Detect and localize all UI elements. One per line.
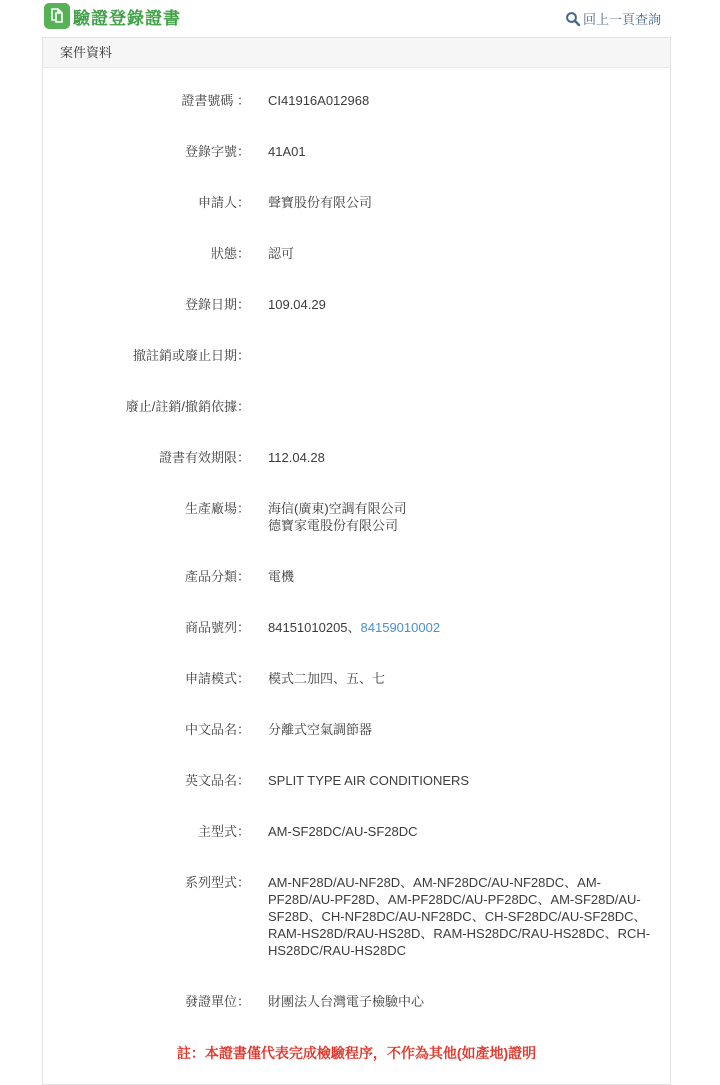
top-bar: 驗證登錄證書 回上一頁查詢	[0, 0, 720, 37]
field-value: AM-NF28D/AU-NF28D、AM-NF28DC/AU-NF28DC、AM…	[268, 874, 656, 959]
field-row-series-models: 系列型式： AM-NF28D/AU-NF28D、AM-NF28DC/AU-NF2…	[43, 874, 670, 959]
field-row-registration-date: 登錄日期： 109.04.29	[43, 296, 670, 313]
field-label: 發證單位：	[43, 993, 250, 1010]
field-value: 41A01	[268, 143, 656, 160]
panel-body: 證書號碼 ： CI41916A012968 登錄字號： 41A01 申請人： 聲…	[43, 68, 670, 1062]
field-label: 證書有效期限：	[43, 449, 250, 466]
field-row-production-factory: 生產廠場： 海信(廣東)空調有限公司 德寶家電股份有限公司	[43, 500, 670, 534]
page-title-text: 驗證登錄證書	[73, 4, 181, 29]
field-row-revocation-basis: 廢止/註銷/撤銷依據：	[43, 398, 670, 415]
field-row-revocation-date: 撤註銷或廢止日期：	[43, 347, 670, 364]
field-value: 海信(廣東)空調有限公司 德寶家電股份有限公司	[268, 500, 656, 534]
field-label: 撤註銷或廢止日期：	[43, 347, 250, 364]
field-label: 中文品名：	[43, 721, 250, 738]
field-row-status: 狀態： 認可	[43, 245, 670, 262]
field-value: 聲寶股份有限公司	[268, 194, 656, 211]
field-label: 主型式：	[43, 823, 250, 840]
field-row-english-product-name: 英文品名： SPLIT TYPE AIR CONDITIONERS	[43, 772, 670, 789]
commodity-code-link[interactable]: 84159010002	[361, 620, 441, 635]
field-value: 112.04.28	[268, 449, 656, 466]
page: 驗證登錄證書 回上一頁查詢 案件資料 證書號碼 ： CI41916A012968…	[0, 0, 720, 1085]
field-value: CI41916A012968	[268, 92, 656, 109]
back-link-label: 回上一頁查詢	[583, 9, 661, 28]
documents-icon	[44, 3, 70, 29]
panel-header: 案件資料	[43, 38, 670, 68]
field-label: 產品分類：	[43, 568, 250, 585]
field-label: 申請模式：	[43, 670, 250, 687]
field-value: 認可	[268, 245, 656, 262]
field-value: 電機	[268, 568, 656, 585]
commodity-code-plain: 84151010205、	[268, 620, 361, 635]
field-row-product-category: 產品分類： 電機	[43, 568, 670, 585]
field-label: 系列型式：	[43, 874, 250, 959]
field-label: 申請人：	[43, 194, 250, 211]
field-label: 證書號碼 ：	[43, 92, 250, 109]
field-label: 生產廠場：	[43, 500, 250, 534]
field-row-application-mode: 申請模式： 模式二加四、五、七	[43, 670, 670, 687]
field-value	[268, 347, 656, 364]
field-label: 登錄日期：	[43, 296, 250, 313]
field-value: 109.04.29	[268, 296, 656, 313]
field-value: AM-SF28DC/AU-SF28DC	[268, 823, 656, 840]
field-row-commodity-codes: 商品號列： 84151010205、84159010002	[43, 619, 670, 636]
certificate-disclaimer-note: 註：本證書僅代表完成檢驗程序，不作為其他(如產地)證明	[43, 1044, 670, 1062]
field-value: 分離式空氣調節器	[268, 721, 656, 738]
field-row-applicant: 申請人： 聲寶股份有限公司	[43, 194, 670, 211]
field-row-certificate-expiry: 證書有效期限： 112.04.28	[43, 449, 670, 466]
field-value: SPLIT TYPE AIR CONDITIONERS	[268, 772, 656, 789]
field-row-issuing-authority: 發證單位： 財團法人台灣電子檢驗中心	[43, 993, 670, 1010]
search-icon	[565, 11, 581, 27]
field-value: 模式二加四、五、七	[268, 670, 656, 687]
field-value: 財團法人台灣電子檢驗中心	[268, 993, 656, 1010]
field-label: 登錄字號：	[43, 143, 250, 160]
field-label: 廢止/註銷/撤銷依據：	[43, 398, 250, 415]
field-label: 英文品名：	[43, 772, 250, 789]
field-row-certificate-number: 證書號碼 ： CI41916A012968	[43, 92, 670, 109]
field-row-chinese-product-name: 中文品名： 分離式空氣調節器	[43, 721, 670, 738]
case-data-panel: 案件資料 證書號碼 ： CI41916A012968 登錄字號： 41A01 申…	[42, 37, 671, 1085]
page-title: 驗證登錄證書	[44, 3, 181, 29]
field-label: 狀態：	[43, 245, 250, 262]
field-label: 商品號列：	[43, 619, 250, 636]
field-row-main-model: 主型式： AM-SF28DC/AU-SF28DC	[43, 823, 670, 840]
field-row-registration-word-number: 登錄字號： 41A01	[43, 143, 670, 160]
back-to-previous-page-link[interactable]: 回上一頁查詢	[565, 9, 661, 28]
field-value: 84151010205、84159010002	[268, 619, 656, 636]
field-value	[268, 398, 656, 415]
